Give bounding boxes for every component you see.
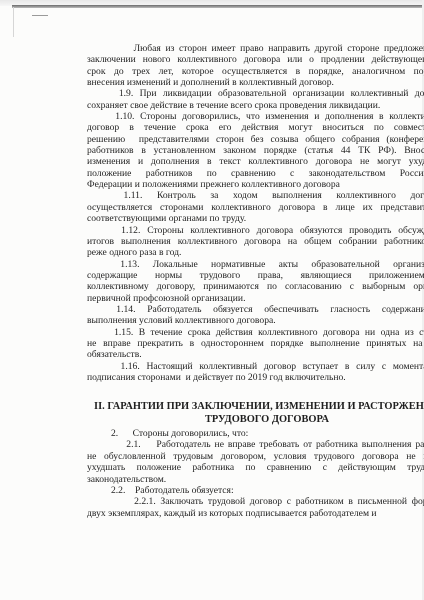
text-line: двух экземплярах, каждый из которых подп…: [87, 508, 424, 519]
paragraph-p-1-13: 1.13. Локальные нормативные акты образов…: [87, 259, 424, 304]
paragraph-p-1-16: 1.16. Настоящий коллективный договор вст…: [87, 361, 424, 384]
text-line: коллективному договору, принимаются по с…: [87, 281, 424, 292]
text-line: 1.12. Стороны коллективного договора обя…: [87, 225, 424, 236]
paragraph-p-1-10: 1.10. Стороны договорились, что изменени…: [87, 111, 424, 190]
text-line: законодательством.: [87, 474, 424, 485]
text-line: 2. Стороны договорились, что:: [87, 428, 424, 439]
text-line: работников в установленном законом поряд…: [87, 145, 424, 156]
document-body-part2: 2. Стороны договорились, что: 2.1. Работ…: [87, 428, 424, 519]
document-page: Любая из сторон имеет право направить др…: [87, 43, 424, 519]
text-line: 1.9. При ликвидации образовательной орга…: [87, 88, 424, 99]
paragraph-p-1-12: 1.12. Стороны коллективного договора обя…: [87, 225, 424, 259]
document-body-part1: Любая из сторон имеет право направить др…: [87, 43, 424, 383]
text-line: осуществляется сторонами коллективного д…: [87, 202, 424, 213]
paragraph-p-2-2-1: 2.2.1. Заключать трудовой договор с рабо…: [87, 496, 424, 519]
section-heading-line2: ТРУДОВОГО ДОГОВОРА: [87, 414, 424, 426]
text-line: ухудшать положение работника по сравнени…: [87, 462, 424, 473]
text-line: 1.13. Локальные нормативные акты образов…: [87, 259, 424, 270]
text-line: договор в течение срока его действия мог…: [87, 122, 424, 133]
text-line: 1.16. Настоящий коллективный договор вст…: [87, 361, 424, 372]
text-line: не обусловленной трудовым договором, усл…: [87, 451, 424, 462]
text-line: 2.2. Работодатель обязуется:: [87, 485, 424, 496]
text-line: положение работников по сравнению с зако…: [87, 168, 424, 179]
scan-mark: [32, 15, 48, 16]
paragraph-p-1-9: 1.9. При ликвидации образовательной орга…: [87, 88, 424, 111]
text-line: 2.2.1. Заключать трудовой договор с рабо…: [87, 496, 424, 507]
text-line: заключении нового коллективного договора…: [87, 54, 424, 65]
text-line: выполнения условий коллективного договор…: [87, 315, 424, 326]
text-line: итогов выполнения коллективного договора…: [87, 236, 424, 247]
text-line: 1.10. Стороны договорились, что изменени…: [87, 111, 424, 122]
text-line: 1.14. Работодатель обязуется обеспечиват…: [87, 304, 424, 315]
text-line: подписания сторонами и действует по 2019…: [87, 372, 424, 383]
text-line: реже одного раза в год.: [87, 247, 424, 258]
text-line: 1.15. В течение срока действия коллектив…: [87, 327, 424, 338]
paragraph-p-1-15: 1.15. В течение срока действия коллектив…: [87, 327, 424, 361]
text-line: внесения изменений и дополнений в коллек…: [87, 77, 424, 88]
text-line: срок до трех лет, которое осуществляется…: [87, 66, 424, 77]
text-line: обязательств.: [87, 349, 424, 360]
section-heading: II. ГАРАНТИИ ПРИ ЗАКЛЮЧЕНИИ, ИЗМЕНЕНИИ И…: [87, 401, 424, 426]
text-line: сохраняет свое действие в течение всего …: [87, 100, 424, 111]
paragraph-p-2-2: 2.2. Работодатель обязуется:: [87, 485, 424, 496]
paragraph-p-1-11: 1.11. Контроль за ходом выполнения колле…: [87, 190, 424, 224]
text-line: 2.1. Работодатель не вправе требовать от…: [87, 439, 424, 450]
text-line: изменения и дополнения в текст коллектив…: [87, 156, 424, 167]
text-line: соответствующими органами по труду.: [87, 213, 424, 224]
text-line: первичной профсоюзной организации.: [87, 293, 424, 304]
section-heading-line1: II. ГАРАНТИИ ПРИ ЗАКЛЮЧЕНИИ, ИЗМЕНЕНИИ И…: [87, 401, 424, 413]
paragraph-p-1-14: 1.14. Работодатель обязуется обеспечиват…: [87, 304, 424, 327]
paragraph-p-2: 2. Стороны договорились, что:: [87, 428, 424, 439]
text-line: Любая из сторон имеет право направить др…: [87, 43, 424, 54]
paragraph-p-2-1: 2.1. Работодатель не вправе требовать от…: [87, 439, 424, 484]
text-line: 1.11. Контроль за ходом выполнения колле…: [87, 190, 424, 201]
text-line: не вправе прекратить в одностороннем пор…: [87, 338, 424, 349]
paragraph-p-intro: Любая из сторон имеет право направить др…: [87, 43, 424, 88]
text-line: содержащие нормы трудового права, являющ…: [87, 270, 424, 281]
text-line: решению представителями сторон без созыв…: [87, 134, 424, 145]
scan-left-edge: [13, 7, 14, 37]
scan-page-edge: [12, 5, 424, 8]
text-line: Федерации и положениями прежнего коллект…: [87, 179, 424, 190]
